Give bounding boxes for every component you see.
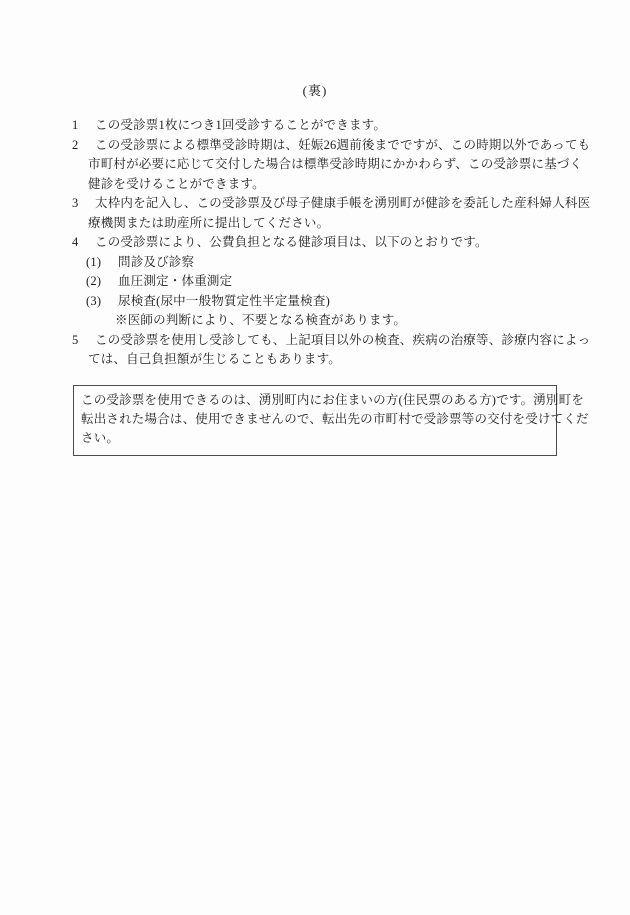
sub-item-text: 問診及び診察 [118, 253, 194, 273]
sub-item-number: (1) [86, 253, 101, 273]
list-item-5: 5 この受診票を使用し受診しても、上記項目以外の検査、疾病の治療等、診療内容によ… [0, 331, 630, 351]
item-text: 市町村が必要に応じて交付した場合は標準受診時期にかかわらず、この受診票に基づく [88, 155, 582, 175]
notice-box: この受診票を使用できるのは、湧別町内にお住まいの方(住民票のある方)です。湧別町… [73, 385, 557, 456]
list-item-1: 1 この受診票1枚につき1回受診することができます。 [0, 116, 630, 136]
list-item-5-cont: ては、自己負担額が生じることもあります。 [0, 350, 630, 370]
document-page: (裏) 1 この受診票1枚につき1回受診することができます。 2 この受診票によ… [0, 0, 630, 915]
item-number: 3 [72, 194, 78, 214]
sub-item-number: (3) [86, 292, 101, 312]
sub-item-number: (2) [86, 272, 101, 292]
item-text: この受診票を使用し受診しても、上記項目以外の検査、疾病の治療等、診療内容によっ [95, 331, 590, 351]
sub-item-text: 血圧測定・体重測定 [118, 272, 232, 292]
notice-line: さい。 [81, 429, 549, 448]
item-text: この受診票により、公費負担となる健診項目は、以下のとおりです。 [95, 233, 488, 253]
list-item-4-sub-3: (3) 尿検査(尿中一般物質定性半定量検査) [0, 292, 630, 312]
notice-line: この受診票を使用できるのは、湧別町内にお住まいの方(住民票のある方)です。湧別町… [81, 391, 549, 410]
notice-line: 転出された場合は、使用できませんので、転出先の市町村で受診票等の交付を受けてくだ [81, 410, 549, 429]
list-item-3-cont: 療機関または助産所に提出してください。 [0, 214, 630, 234]
item-number: 4 [72, 233, 78, 253]
list-item-4-sub-2: (2) 血圧測定・体重測定 [0, 272, 630, 292]
list-item-2: 2 この受診票による標準受診時期は、妊娠26週前後までですが、この時期以外であっ… [0, 136, 630, 156]
item-text: この受診票による標準受診時期は、妊娠26週前後までですが、この時期以外であっても [95, 136, 590, 156]
item-text: 太枠内を記入し、この受診票及び母子健康手帳を湧別町が健診を委託した産科婦人科医 [95, 194, 590, 214]
item-text: 健診を受けることができます。 [88, 175, 265, 195]
list-item-4: 4 この受診票により、公費負担となる健診項目は、以下のとおりです。 [0, 233, 630, 253]
note-text: ※医師の判断により、不要となる検査があります。 [115, 311, 406, 331]
list-item-4-sub-1: (1) 問診及び診察 [0, 253, 630, 273]
item-text: ては、自己負担額が生じることもあります。 [88, 350, 341, 370]
item-number: 5 [72, 331, 78, 351]
list-item-3: 3 太枠内を記入し、この受診票及び母子健康手帳を湧別町が健診を委託した産科婦人科… [0, 194, 630, 214]
list-item-2-cont: 健診を受けることができます。 [0, 175, 630, 195]
notes-list: 1 この受診票1枚につき1回受診することができます。 2 この受診票による標準受… [0, 116, 630, 370]
page-title: (裏) [0, 80, 630, 99]
list-item-2-cont: 市町村が必要に応じて交付した場合は標準受診時期にかかわらず、この受診票に基づく [0, 155, 630, 175]
item-text: 療機関または助産所に提出してください。 [88, 214, 329, 234]
sub-item-text: 尿検査(尿中一般物質定性半定量検査) [118, 292, 330, 312]
item-text: この受診票1枚につき1回受診することができます。 [95, 116, 386, 136]
item-number: 2 [72, 136, 78, 156]
item-number: 1 [72, 116, 78, 136]
list-item-4-note: ※医師の判断により、不要となる検査があります。 [0, 311, 630, 331]
